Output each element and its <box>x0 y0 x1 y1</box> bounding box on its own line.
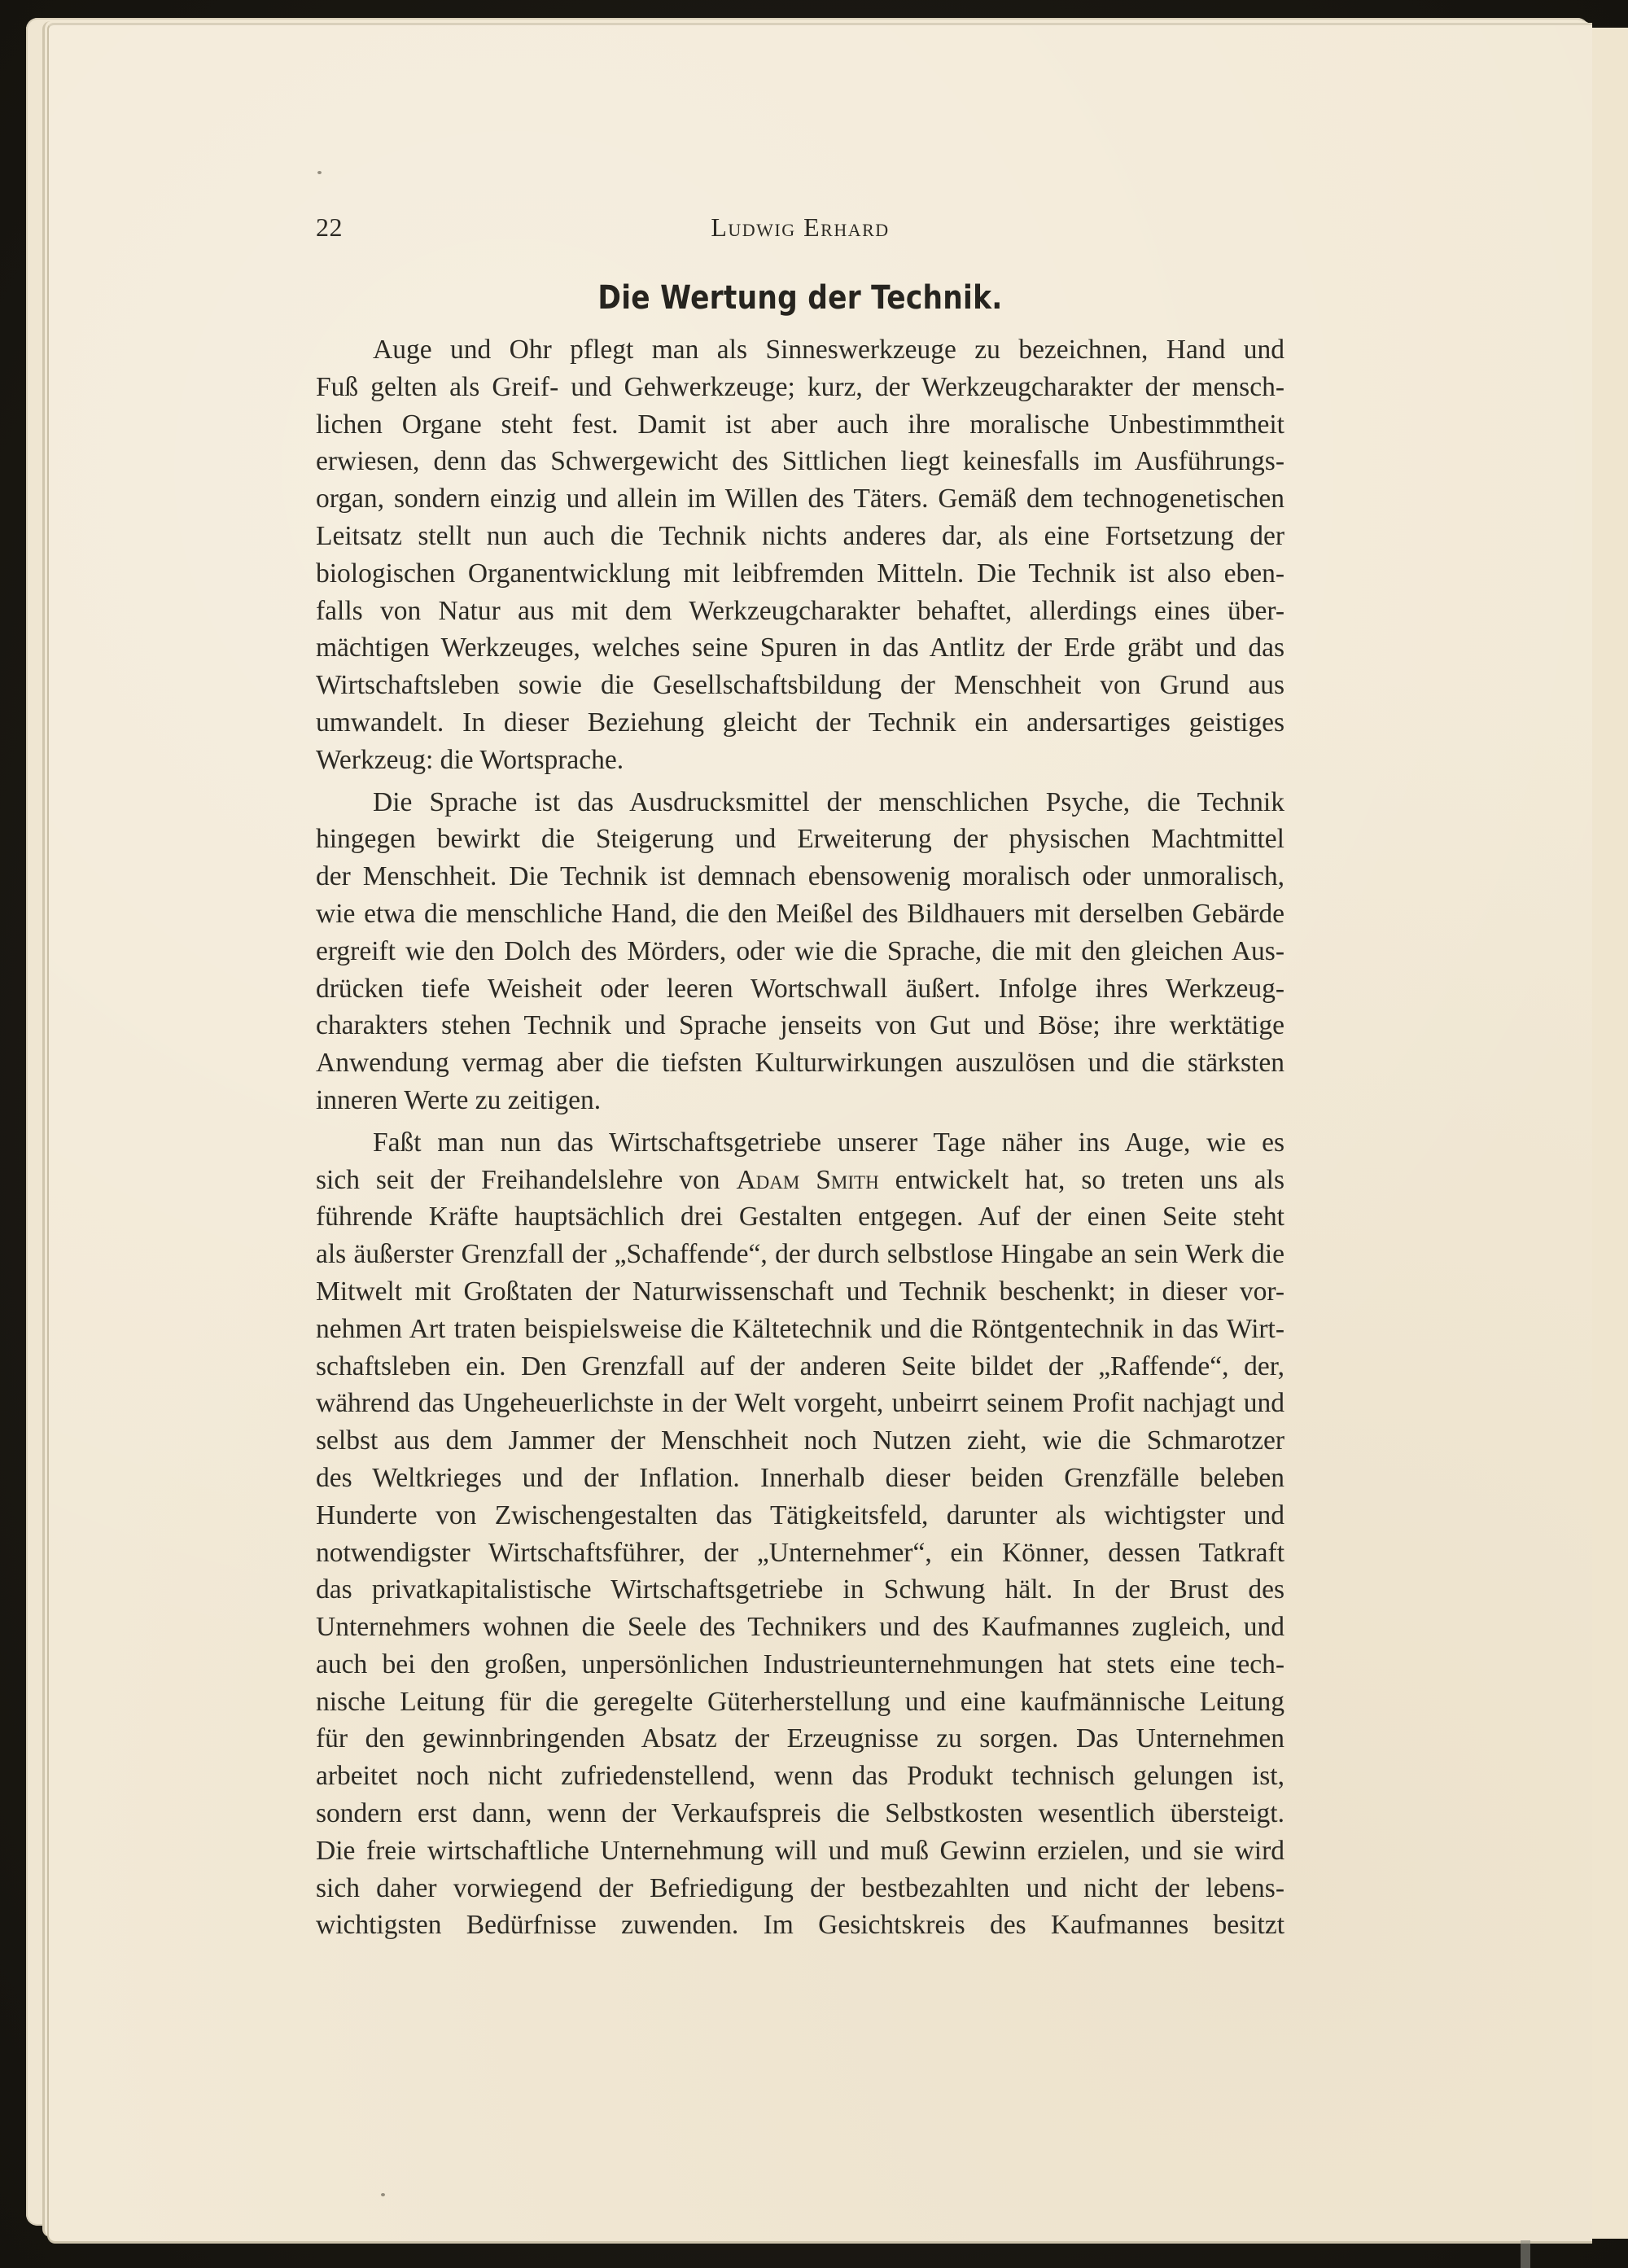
text-line: während das Ungeheuerlichste in der Welt… <box>316 1385 1284 1422</box>
text-line: inneren Werte zu zeitigen. <box>316 1082 1284 1119</box>
text-line: organ, sondern einzig und allein im Will… <box>316 480 1284 518</box>
text-line: sich seit der Freihandelslehre von Adam … <box>316 1162 1284 1199</box>
text-line: hingegen bewirkt die Steigerung und Erwe… <box>316 821 1284 858</box>
text-line: lichen Organe steht fest. Damit ist aber… <box>316 406 1284 444</box>
paragraph: Faßt man nun das Wirtschaftsgetriebe uns… <box>316 1124 1284 1945</box>
paper-speck <box>381 2193 385 2196</box>
text-line: als äußerster Grenzfall der „Schaffende“… <box>316 1236 1284 1273</box>
text-line: charakters stehen Technik und Sprache je… <box>316 1007 1284 1044</box>
text-line: für den gewinnbringenden Absatz der Erze… <box>316 1720 1284 1758</box>
text-line: das privatkapitalistische Wirtschaftsget… <box>316 1571 1284 1609</box>
text-line: biologischen Organentwicklung mit leibfr… <box>316 555 1284 593</box>
text-line: Auge und Ohr pflegt man als Sinneswerkze… <box>316 331 1284 369</box>
text-line: ergreift wie den Dolch des Mörders, oder… <box>316 933 1284 970</box>
body-text: Auge und Ohr pflegt man als Sinneswerkze… <box>316 331 1284 1944</box>
text-line: der Menschheit. Die Technik ist demnach … <box>316 858 1284 895</box>
text-line: sondern erst dann, wenn der Verkaufsprei… <box>316 1795 1284 1832</box>
text-line: Anwendung vermag aber die tiefsten Kultu… <box>316 1044 1284 1082</box>
text-line: wichtigsten Bedürfnisse zuwenden. Im Ges… <box>316 1907 1284 1944</box>
text-line: Leitsatz stellt nun auch die Technik nic… <box>316 518 1284 555</box>
text-line: Hunderte von Zwischengestalten das Tätig… <box>316 1497 1284 1535</box>
text-line: nische Leitung für die geregelte Güterhe… <box>316 1683 1284 1721</box>
text-line: umwandelt. In dieser Beziehung gleicht d… <box>316 704 1284 742</box>
section-title: Die Wertung der Technik. <box>383 279 1216 317</box>
text-line: Wirtschaftsleben sowie die Gesellschafts… <box>316 667 1284 704</box>
text-line: des Weltkrieges und der Inflation. Inner… <box>316 1460 1284 1497</box>
text-line: mächtigen Werkzeuges, welches seine Spur… <box>316 629 1284 667</box>
text-line: schaftsleben ein. Den Grenzfall auf der … <box>316 1348 1284 1386</box>
text-line: Unternehmers wohnen die Seele des Techni… <box>316 1609 1284 1646</box>
text-line: Mitwelt mit Großtaten der Naturwissensch… <box>316 1273 1284 1311</box>
text-line: wie etwa die menschliche Hand, die den M… <box>316 895 1284 933</box>
text-line: erwiesen, denn das Schwergewicht des Sit… <box>316 443 1284 480</box>
text-line: Die freie wirtschaftliche Unternehmung w… <box>316 1832 1284 1870</box>
small-caps-name: Adam Smith <box>736 1165 878 1195</box>
text-line: falls von Natur aus mit dem Werkzeugchar… <box>316 593 1284 630</box>
paragraph: Die Sprache ist das Ausdrucksmittel der … <box>316 784 1284 1119</box>
text-line: sich daher vorwiegend der Befriedigung d… <box>316 1870 1284 1907</box>
text-line: notwendigster Wirtschaftsführer, der „Un… <box>316 1535 1284 1572</box>
text-line: nehmen Art traten beispielsweise die Käl… <box>316 1311 1284 1348</box>
text-line: Werkzeug: die Wortsprache. <box>316 742 1284 779</box>
text-line: drücken tiefe Weisheit oder leeren Worts… <box>316 970 1284 1008</box>
facing-page-edge <box>1588 28 1628 2239</box>
paragraph: Auge und Ohr pflegt man als Sinneswerkze… <box>316 331 1284 779</box>
text-line: Fuß gelten als Greif- und Gehwerkzeuge; … <box>316 369 1284 406</box>
text-line: auch bei den großen, unpersönlichen Indu… <box>316 1646 1284 1683</box>
text-line: führende Kräfte hauptsächlich drei Gesta… <box>316 1198 1284 1236</box>
paper-speck <box>317 171 322 174</box>
running-head: 22 Ludwig Erhard <box>316 208 1284 256</box>
page-content: 22 Ludwig Erhard Die Wertung der Technik… <box>316 208 1284 1949</box>
running-title: Ludwig Erhard <box>316 212 1284 243</box>
text-line: Die Sprache ist das Ausdrucksmittel der … <box>316 784 1284 821</box>
text-line: Faßt man nun das Wirtschaftsgetriebe uns… <box>316 1124 1284 1162</box>
scan-artifact <box>1521 2240 1530 2268</box>
text-line: selbst aus dem Jammer der Menschheit noc… <box>316 1422 1284 1460</box>
text-line: arbeitet noch nicht zufriedenstellend, w… <box>316 1758 1284 1795</box>
